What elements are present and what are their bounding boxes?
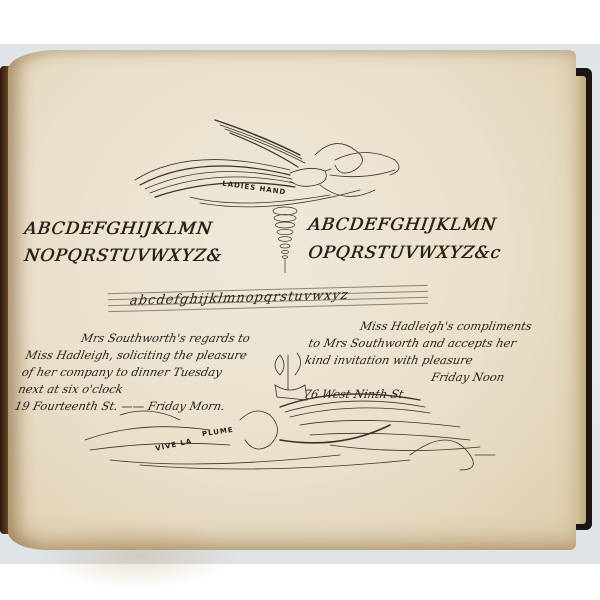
capital-alphabet-left-row-2: NOPQRSTUVWXYZ& [21, 246, 226, 266]
spiral-flourish-icon [270, 205, 300, 275]
water-stain [38, 520, 238, 590]
letter-line: Miss Hadleigh's compliments [310, 318, 554, 335]
capital-alphabet-right-row-1: ABCDEFGHIJKLMN [305, 215, 500, 235]
bird-flourish-icon [130, 115, 420, 215]
bird-flourish-icon [80, 345, 500, 475]
capital-alphabet-left-row-1: ABCDEFGHIJKLMN [21, 219, 216, 239]
capital-alphabet-right-row-2: OPQRSTUVWXYZ&c [305, 243, 504, 263]
